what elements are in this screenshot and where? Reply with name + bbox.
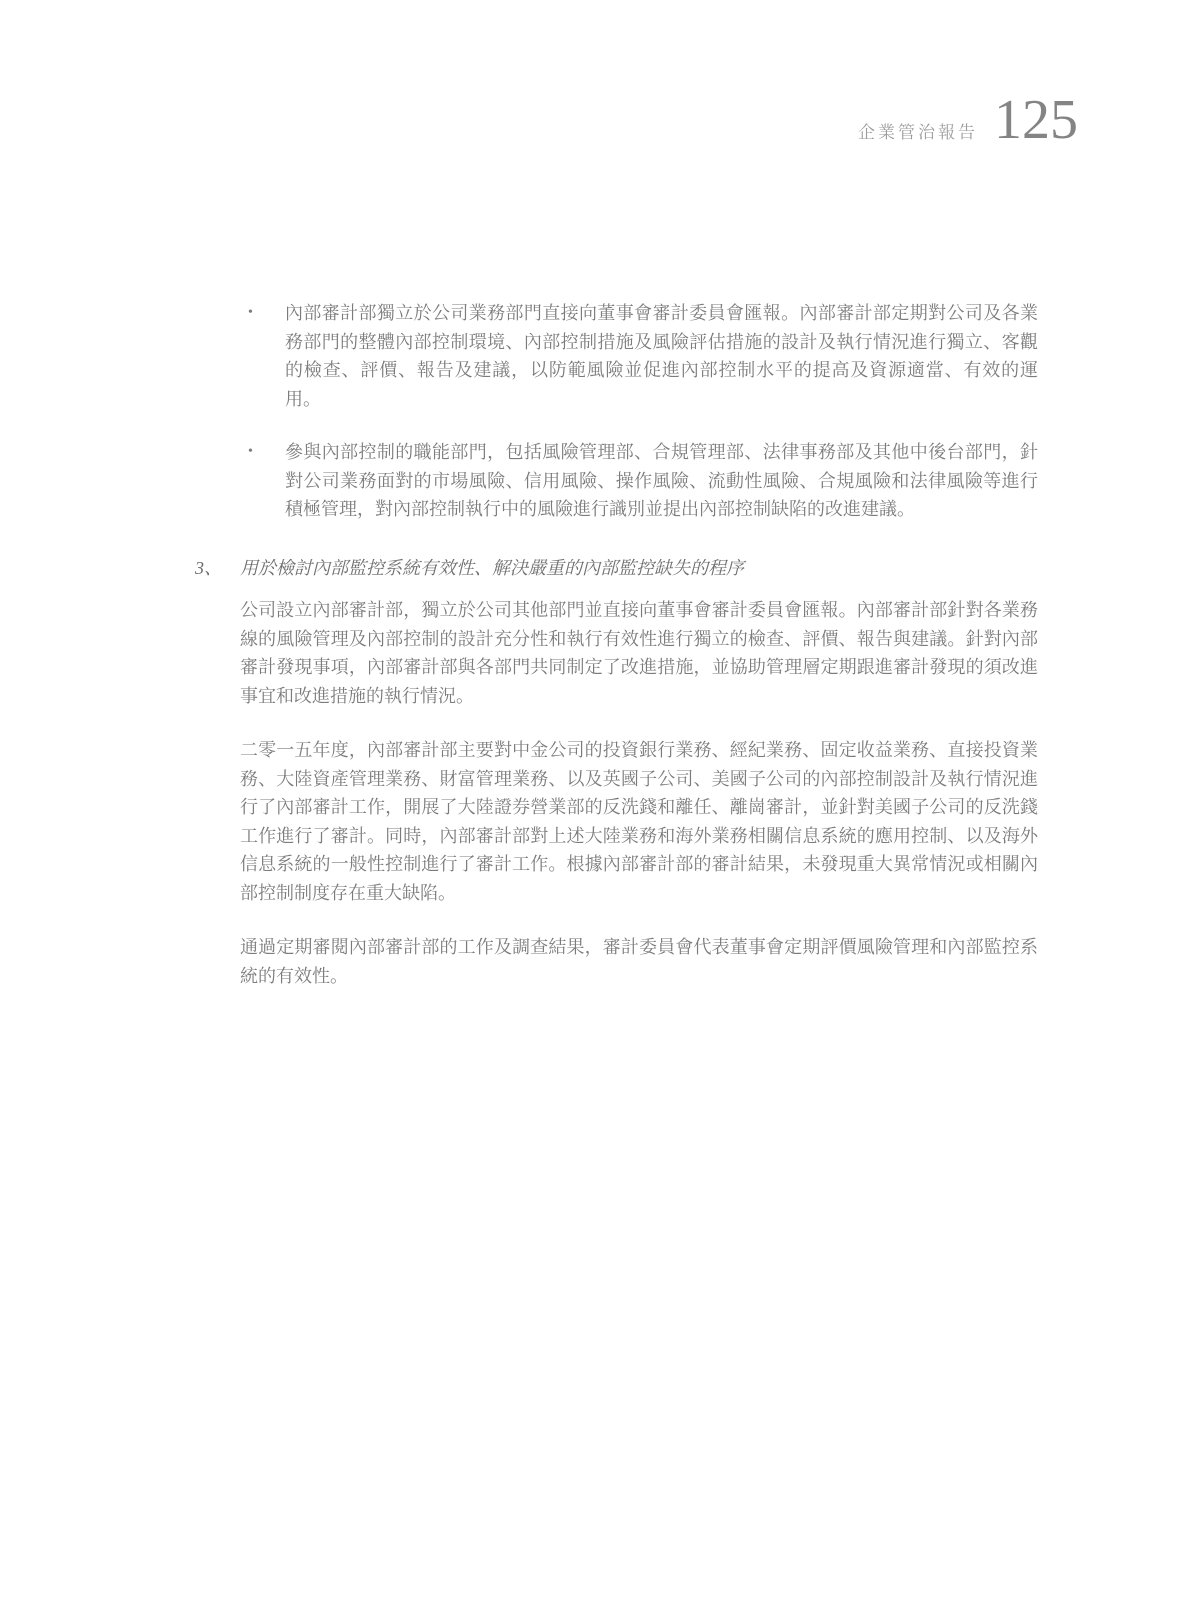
body-paragraph: 公司設立內部審計部，獨立於公司其他部門並直接向董事會審計委員會匯報。內部審計部針…	[240, 596, 1038, 710]
list-item: • 內部審計部獨立於公司業務部門直接向董事會審計委員會匯報。內部審計部定期對公司…	[248, 299, 1038, 413]
section-number: 3、	[195, 554, 240, 583]
section-heading-row: 3、 用於檢討內部監控系統有效性、解決嚴重的內部監控缺失的程序	[195, 554, 1038, 583]
page-number: 125	[994, 92, 1078, 148]
bullet-paragraph-control-functions: 參與內部控制的職能部門，包括風險管理部、合規管理部、法律事務部及其他中後台部門，…	[285, 438, 1038, 524]
bullet-paragraph-internal-audit-independence: 內部審計部獨立於公司業務部門直接向董事會審計委員會匯報。內部審計部定期對公司及各…	[285, 299, 1038, 413]
document-page: 企業管治報告 125 • 內部審計部獨立於公司業務部門直接向董事會審計委員會匯報…	[0, 0, 1190, 1615]
section-heading: 用於檢討內部監控系統有效性、解決嚴重的內部監控缺失的程序	[240, 554, 1038, 583]
body-paragraph: 通過定期審閱內部審計部的工作及調查結果，審計委員會代表董事會定期評價風險管理和內…	[240, 933, 1038, 990]
page-header: 企業管治報告 125	[858, 92, 1078, 148]
bullet-icon: •	[248, 299, 285, 413]
list-item: • 參與內部控制的職能部門，包括風險管理部、合規管理部、法律事務部及其他中後台部…	[248, 438, 1038, 524]
report-section-label: 企業管治報告	[858, 118, 978, 143]
section-body: 公司設立內部審計部，獨立於公司其他部門並直接向董事會審計委員會匯報。內部審計部針…	[240, 596, 1038, 990]
bullet-icon: •	[248, 438, 285, 524]
document-content: • 內部審計部獨立於公司業務部門直接向董事會審計委員會匯報。內部審計部定期對公司…	[195, 299, 1038, 1016]
body-paragraph: 二零一五年度，內部審計部主要對中金公司的投資銀行業務、經紀業務、固定收益業務、直…	[240, 736, 1038, 907]
